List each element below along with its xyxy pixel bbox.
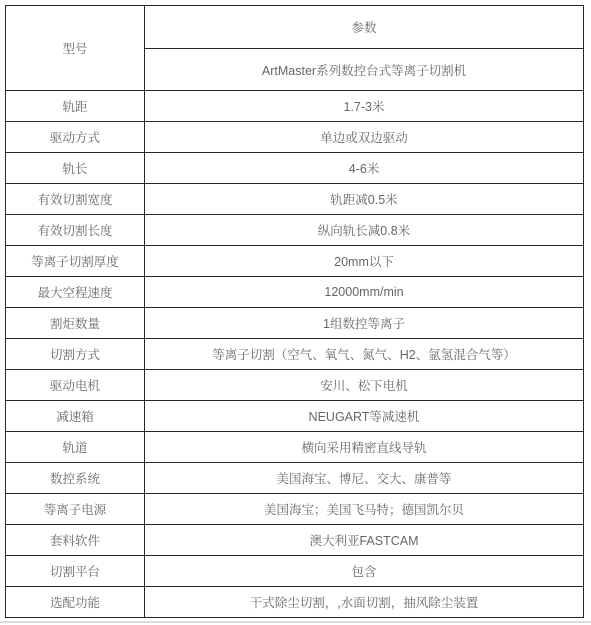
spec-value: 纵向轨长减0.8米: [145, 215, 584, 246]
spec-value: 20mm以下: [145, 246, 584, 277]
spec-label: 有效切割长度: [6, 215, 145, 246]
spec-value: 4-6米: [145, 153, 584, 184]
table-row: 切割平台 包含: [6, 556, 584, 587]
spec-label: 套料软件: [6, 525, 145, 556]
spec-value: NEUGART等减速机: [145, 401, 584, 432]
spec-label: 减速箱: [6, 401, 145, 432]
spec-value: 安川、松下电机: [145, 370, 584, 401]
table-row: 切割方式 等离子切割（空气、氧气、氮气、H2、氩氢混合气等）: [6, 339, 584, 370]
table-row: 有效切割宽度 轨距减0.5米: [6, 184, 584, 215]
spec-label: 轨距: [6, 91, 145, 122]
spec-value: 美国海宝、博尼、交大、康普等: [145, 463, 584, 494]
spec-value: 轨距减0.5米: [145, 184, 584, 215]
header-row: 型号 参数: [6, 6, 584, 49]
model-header-cell: 型号: [6, 6, 145, 91]
spec-value: 干式除尘切割，,水面切割，抽风除尘装置: [145, 587, 584, 618]
spec-table: 型号 参数 ArtMaster系列数控台式等离子切割机 轨距 1.7-3米 驱动…: [5, 5, 584, 618]
table-body: 型号 参数 ArtMaster系列数控台式等离子切割机 轨距 1.7-3米 驱动…: [6, 6, 584, 618]
spec-value: 横向采用精密直线导轨: [145, 432, 584, 463]
table-row: 套料软件 澳大利亚FASTCAM: [6, 525, 584, 556]
series-name-cell: ArtMaster系列数控台式等离子切割机: [145, 49, 584, 91]
spec-label: 等离子电源: [6, 494, 145, 525]
spec-label: 轨道: [6, 432, 145, 463]
table-row: 轨距 1.7-3米: [6, 91, 584, 122]
spec-label: 选配功能: [6, 587, 145, 618]
table-row: 有效切割长度 纵向轨长减0.8米: [6, 215, 584, 246]
table-row: 最大空程速度 12000mm/min: [6, 277, 584, 308]
spec-label: 驱动方式: [6, 122, 145, 153]
spec-value: 1.7-3米: [145, 91, 584, 122]
table-row: 数控系统 美国海宝、博尼、交大、康普等: [6, 463, 584, 494]
table-row: 选配功能 干式除尘切割，,水面切割，抽风除尘装置: [6, 587, 584, 618]
spec-label: 最大空程速度: [6, 277, 145, 308]
spec-label: 切割平台: [6, 556, 145, 587]
spec-value: 美国海宝；美国飞马特；德国凯尔贝: [145, 494, 584, 525]
table-row: 轨长 4-6米: [6, 153, 584, 184]
table-row: 等离子电源 美国海宝；美国飞马特；德国凯尔贝: [6, 494, 584, 525]
spec-value: 澳大利亚FASTCAM: [145, 525, 584, 556]
param-header-cell: 参数: [145, 6, 584, 49]
spec-value: 包含: [145, 556, 584, 587]
spec-label: 等离子切割厚度: [6, 246, 145, 277]
table-row: 割炬数量 1组数控等离子: [6, 308, 584, 339]
table-row: 等离子切割厚度 20mm以下: [6, 246, 584, 277]
spec-label: 有效切割宽度: [6, 184, 145, 215]
bottom-divider: [0, 621, 591, 623]
spec-value: 等离子切割（空气、氧气、氮气、H2、氩氢混合气等）: [145, 339, 584, 370]
spec-label: 切割方式: [6, 339, 145, 370]
table-row: 轨道 横向采用精密直线导轨: [6, 432, 584, 463]
spec-label: 割炬数量: [6, 308, 145, 339]
spec-label: 数控系统: [6, 463, 145, 494]
table-row: 减速箱 NEUGART等减速机: [6, 401, 584, 432]
spec-value: 1组数控等离子: [145, 308, 584, 339]
spec-label: 轨长: [6, 153, 145, 184]
spec-page: 型号 参数 ArtMaster系列数控台式等离子切割机 轨距 1.7-3米 驱动…: [0, 0, 591, 625]
spec-label: 驱动电机: [6, 370, 145, 401]
spec-value: 单边或双边驱动: [145, 122, 584, 153]
table-row: 驱动方式 单边或双边驱动: [6, 122, 584, 153]
table-row: 驱动电机 安川、松下电机: [6, 370, 584, 401]
spec-value: 12000mm/min: [145, 277, 584, 308]
